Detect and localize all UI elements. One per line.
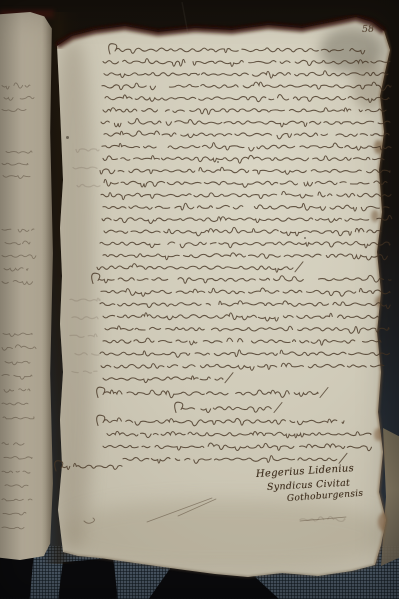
manuscript-photo: 58 Hegerius Lidenius Syndicus Civitat Go… bbox=[0, 0, 399, 599]
fox-spot bbox=[371, 210, 379, 222]
corner-stain bbox=[352, 58, 384, 110]
ink-speck bbox=[66, 136, 69, 139]
folio-number: 58 bbox=[362, 24, 374, 35]
ink-speck bbox=[304, 237, 306, 239]
ink-speck bbox=[217, 161, 219, 163]
